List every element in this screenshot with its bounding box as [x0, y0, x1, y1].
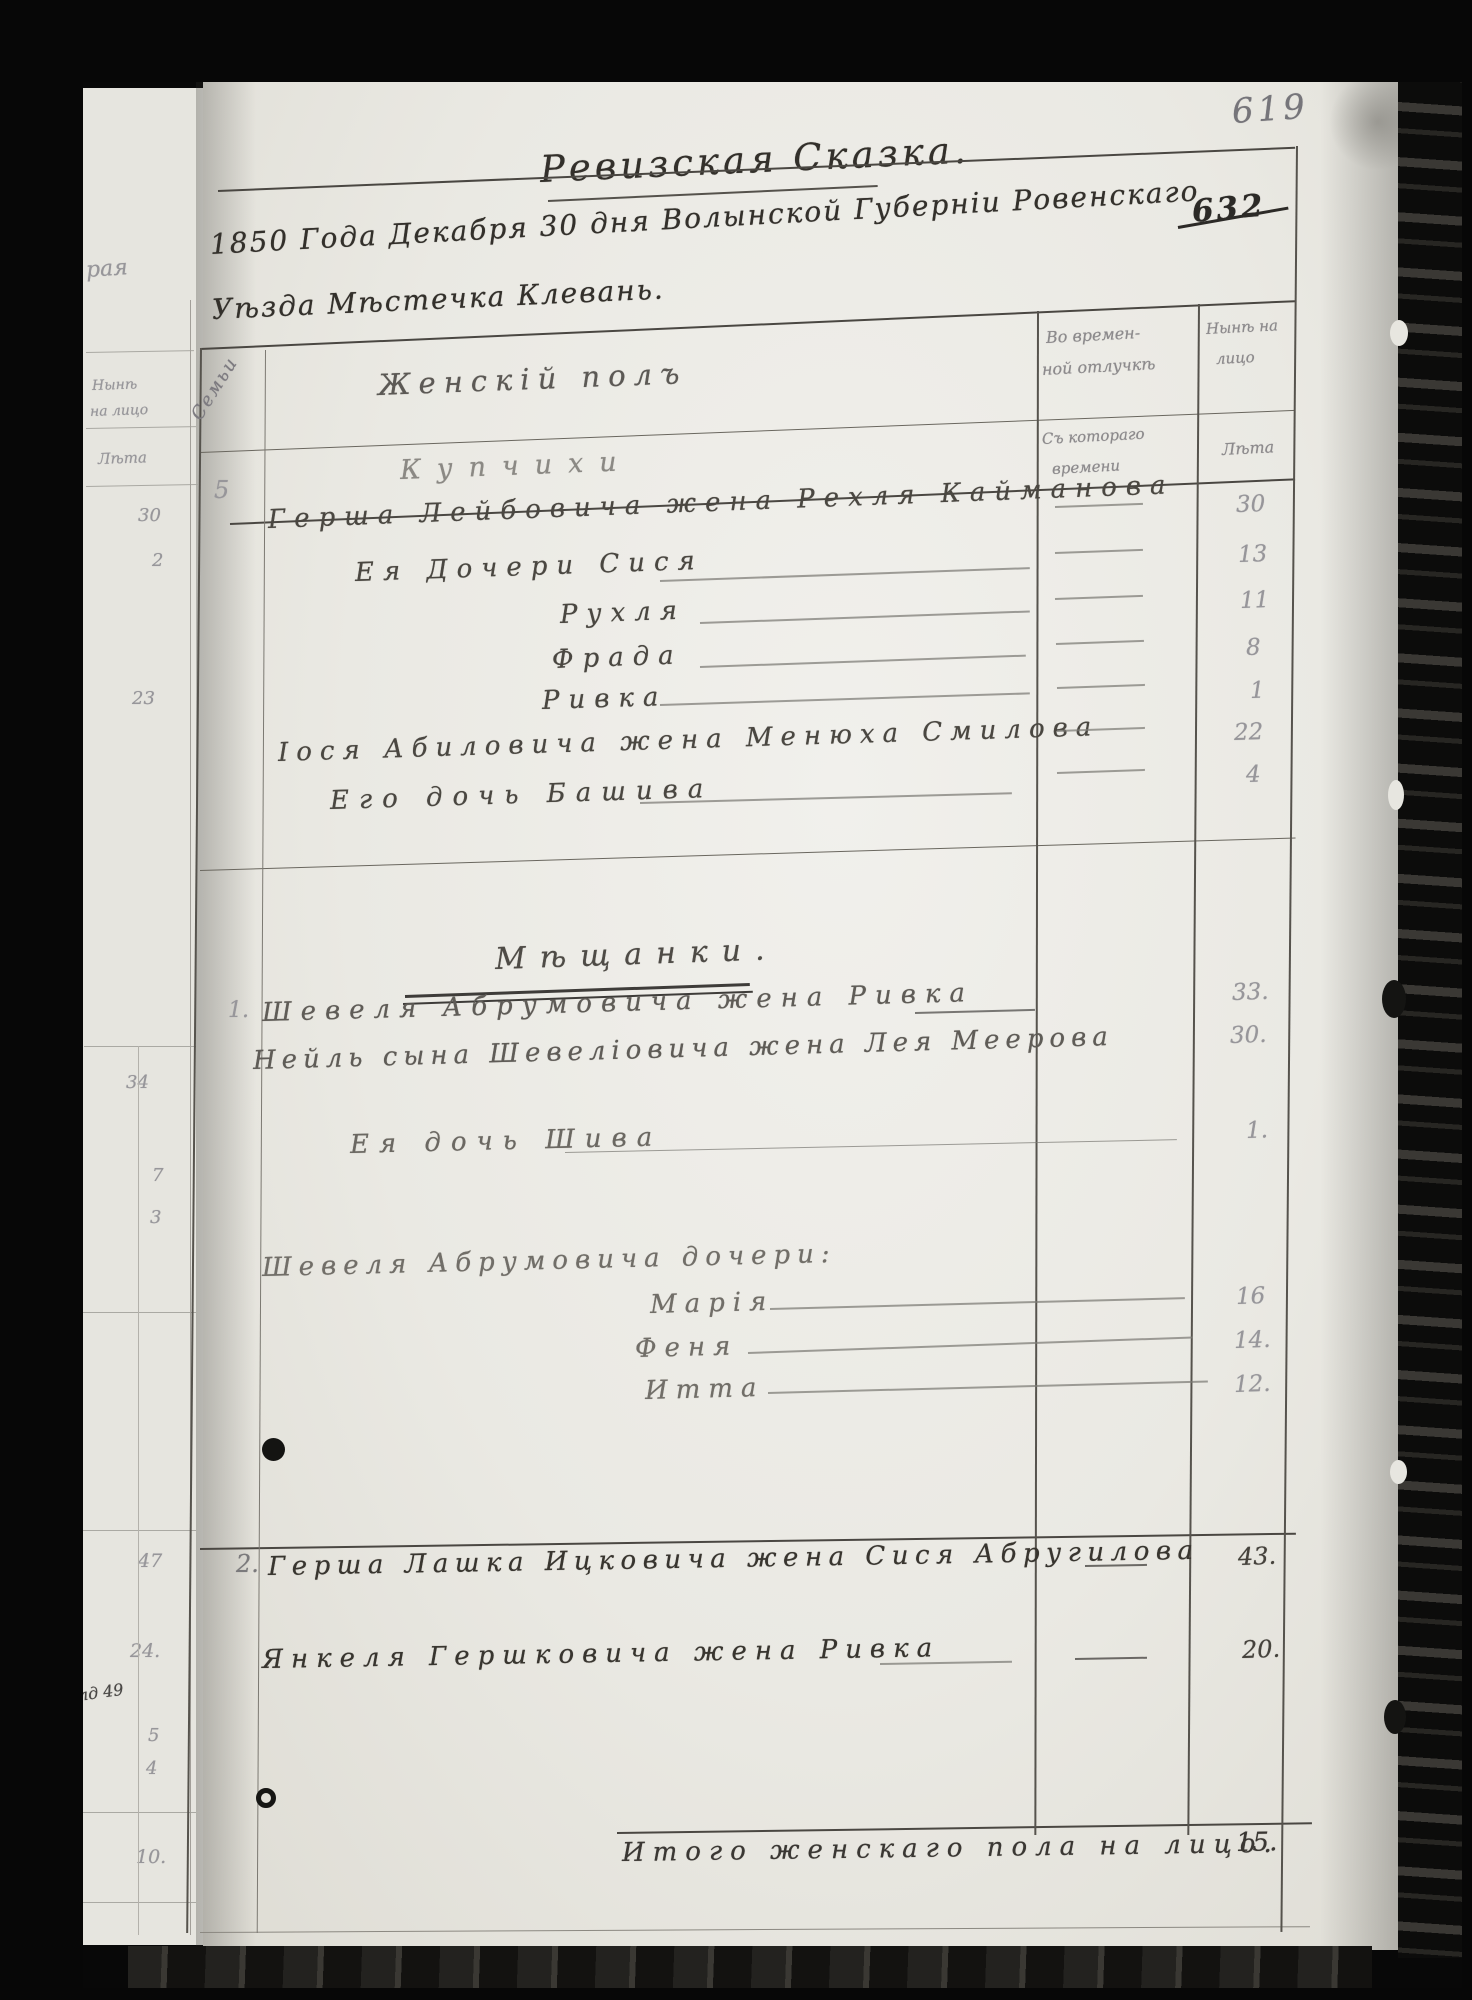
record-age: 12.: [1234, 1371, 1271, 1398]
margin-fragment-header3: Лѣта: [98, 448, 148, 468]
record-age: 33.: [1232, 979, 1269, 1006]
record-age: 1.: [1246, 1117, 1269, 1144]
photo-border-bottom: [0, 1988, 1472, 2000]
torn-bite: [1390, 1460, 1407, 1484]
margin-column-line: [138, 1046, 139, 1935]
record-name: Рухля: [559, 596, 686, 630]
margin-number: 30: [138, 505, 161, 526]
torn-bump: [1384, 1700, 1406, 1734]
family-number: 1.: [228, 998, 249, 1023]
torn-bite: [1388, 780, 1404, 810]
record-age: 20.: [1242, 1635, 1281, 1664]
record-age: 43.: [1238, 1542, 1277, 1571]
previous-page-strip: [83, 88, 205, 1945]
margin-number: 4: [146, 1758, 157, 1779]
record-age: 13: [1238, 541, 1268, 568]
record-name: Феня: [635, 1331, 739, 1364]
torn-edge-right: [1398, 52, 1472, 1958]
page-number-pencil: 619: [1231, 87, 1311, 132]
margin-number: 7: [152, 1165, 163, 1186]
ink-ring: [256, 1788, 276, 1808]
present-subheader: Лѣта: [1222, 437, 1275, 459]
present-column-header-line2: лицо: [1216, 348, 1256, 368]
margin-number: 10.: [136, 1846, 166, 1868]
record-age: 22: [1234, 719, 1264, 746]
torn-bite: [1390, 320, 1408, 346]
margin-number: 47: [138, 1550, 162, 1572]
record-age: 8: [1246, 634, 1262, 660]
margin-number: 3: [150, 1207, 161, 1228]
total-value: 15.: [1236, 1827, 1278, 1858]
margin-number: 5: [148, 1725, 159, 1746]
photo-border-left: [0, 0, 83, 2000]
margin-rule: [84, 1046, 196, 1047]
photo-border-right: [1462, 0, 1472, 2000]
record-age: 16: [1236, 1283, 1266, 1310]
torn-bump: [1382, 980, 1406, 1018]
family-number: 5: [214, 476, 229, 504]
margin-number: 2: [152, 550, 163, 571]
margin-rule: [78, 1812, 196, 1813]
present-column-header-line1: Нынѣ на: [1206, 316, 1279, 338]
photo-border-top: [0, 0, 1472, 82]
record-age: 11: [1240, 587, 1270, 614]
record-age: 30.: [1230, 1022, 1267, 1049]
margin-number: 24.: [130, 1640, 160, 1662]
record-name: Итта: [645, 1373, 765, 1406]
record-age: 14.: [1234, 1327, 1271, 1354]
photo-background: рая Нынѣ на лицо Лѣта лд 49 30 2 23 34 7…: [0, 0, 1472, 2000]
margin-rule: [76, 1902, 196, 1903]
family-number: 2.: [236, 1550, 259, 1578]
margin-fragment-header2: на лицо: [90, 402, 149, 420]
record-age: 1: [1250, 677, 1266, 703]
ink-dot: [262, 1438, 285, 1461]
record-age: 4: [1246, 761, 1262, 787]
record-name: Ривка: [542, 682, 668, 716]
torn-edge-bottom: [128, 1946, 1372, 1992]
record-name: Марія: [650, 1287, 775, 1320]
margin-fragment-top: рая: [85, 255, 128, 283]
margin-number: 23: [132, 688, 155, 709]
margin-fragment-header1: Нынѣ: [92, 376, 138, 394]
margin-rule: [82, 1312, 196, 1313]
record-age: 30: [1236, 491, 1266, 518]
record-name: Фрада: [551, 640, 683, 675]
